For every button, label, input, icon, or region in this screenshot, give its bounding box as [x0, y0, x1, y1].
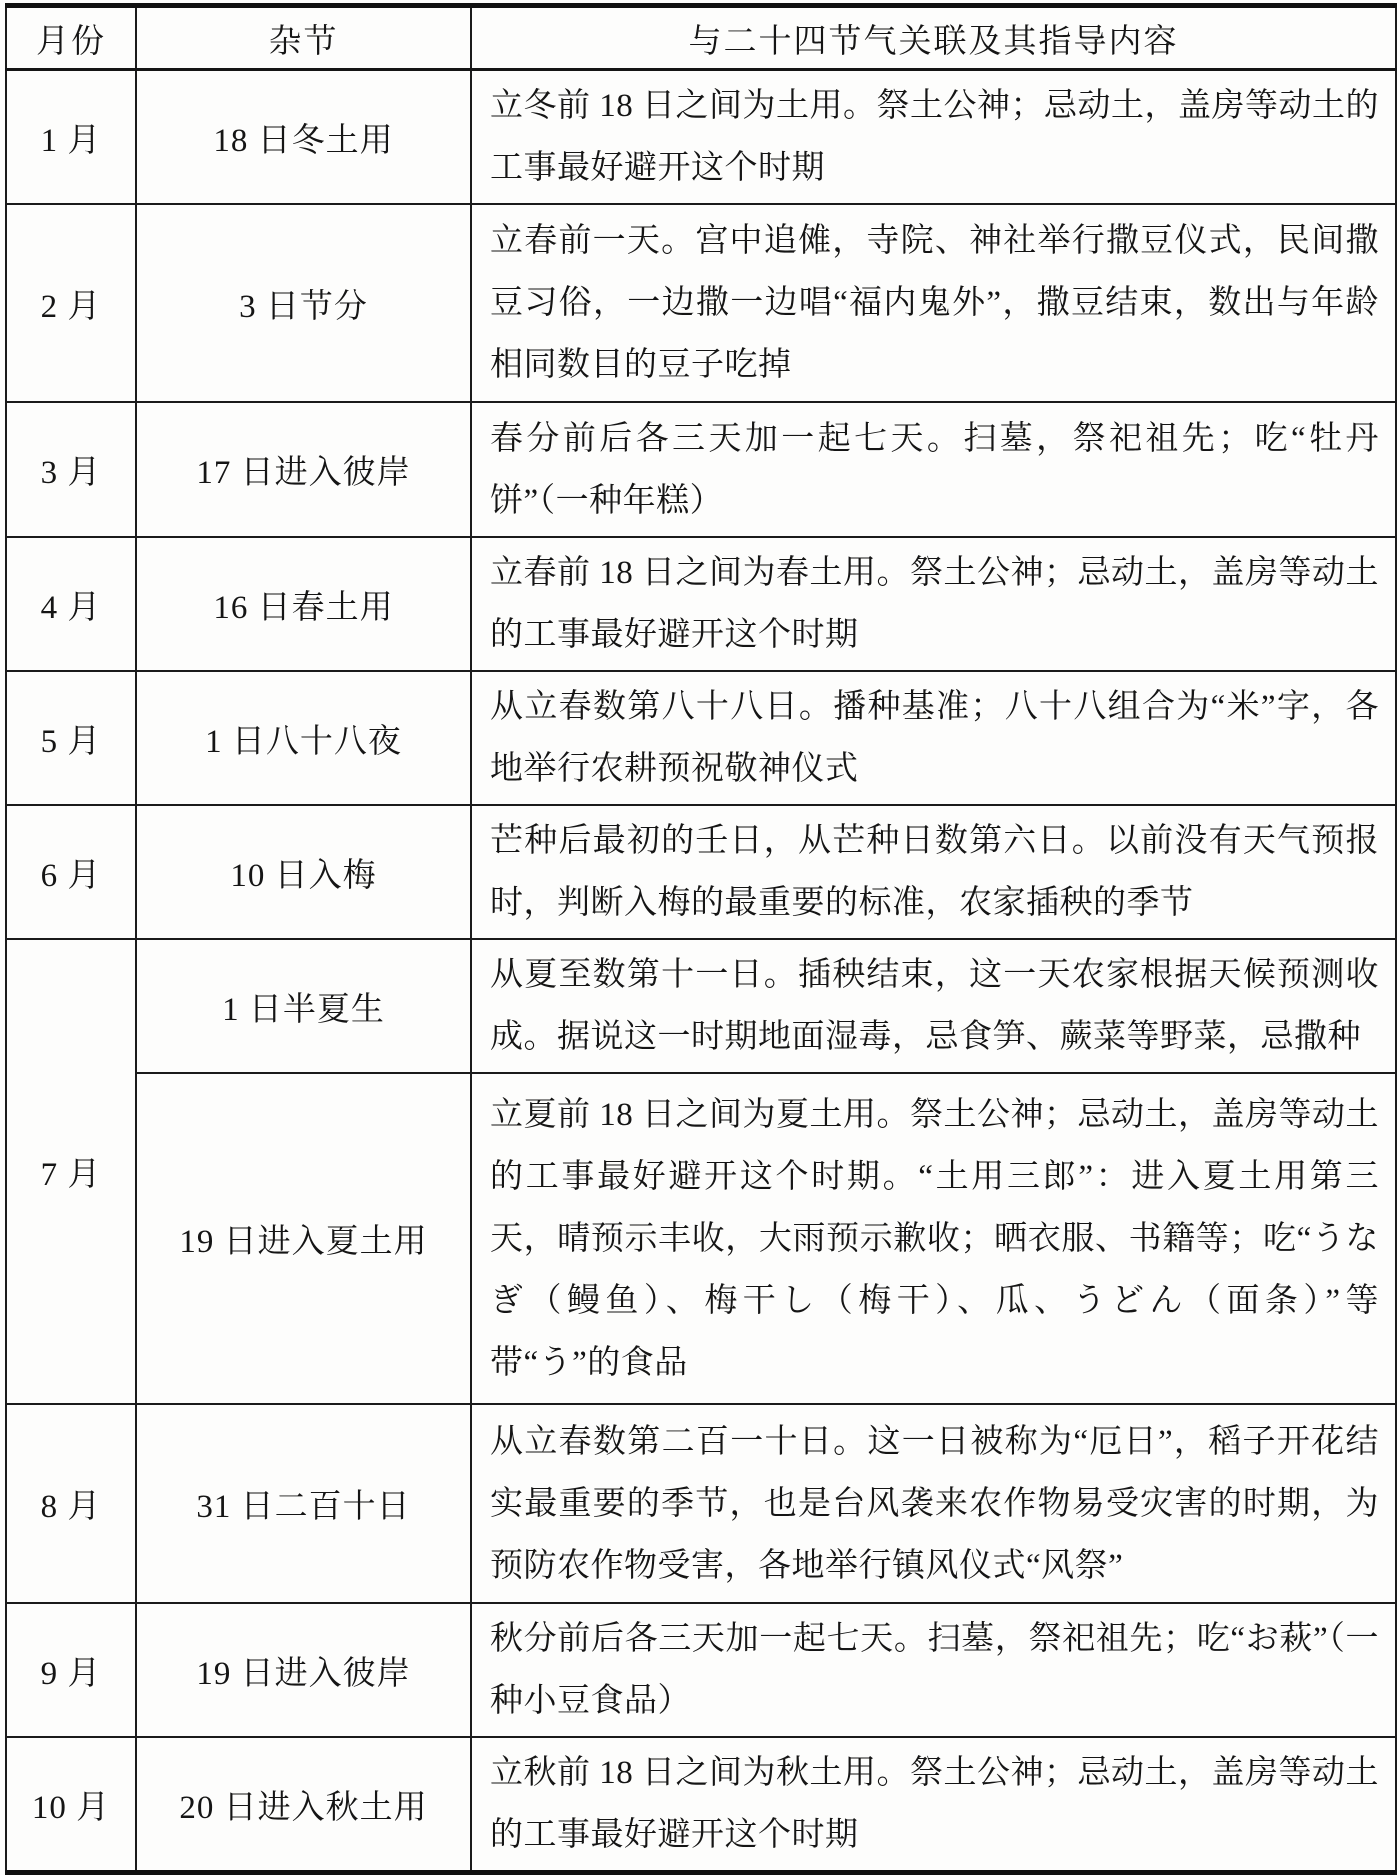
- content-cell: 秋分前后各三天加一起七天。扫墓，祭祀祖先；吃“お萩”（一种小豆食品）: [471, 1603, 1396, 1737]
- festival-cell: 1 日八十八夜: [136, 671, 471, 805]
- content-cell: 芒种后最初的壬日，从芒种日数第六日。以前没有天气预报时，判断入梅的最重要的标准，…: [471, 805, 1396, 939]
- table-row: 3 月 17 日进入彼岸 春分前后各三天加一起七天。扫墓，祭祀祖先；吃“牡丹饼”…: [6, 402, 1396, 537]
- header-festival: 杂节: [136, 6, 471, 70]
- content-cell: 从立春数第八十八日。播种基准；八十八组合为“米”字，各地举行农耕预祝敬神仪式: [471, 671, 1396, 805]
- festival-cell: 20 日进入秋土用: [136, 1737, 471, 1873]
- table-row: 7 月 1 日半夏生 从夏至数第十一日。插秧结束，这一天农家根据天候预测收成。据…: [6, 939, 1396, 1073]
- content-cell: 从立春数第二百一十日。这一日被称为“厄日”，稻子开花结实最重要的季节，也是台风袭…: [471, 1404, 1396, 1603]
- content-cell: 立春前一天。宫中追傩，寺院、神社举行撒豆仪式，民间撒豆习俗，一边撒一边唱“福内鬼…: [471, 204, 1396, 402]
- festival-cell: 1 日半夏生: [136, 939, 471, 1073]
- month-cell: 4 月: [6, 537, 136, 671]
- festival-cell: 10 日入梅: [136, 805, 471, 939]
- content-cell: 立冬前 18 日之间为土用。祭土公神；忌动土，盖房等动土的工事最好避开这个时期: [471, 70, 1396, 205]
- festival-cell: 18 日冬土用: [136, 70, 471, 205]
- table-row: 6 月 10 日入梅 芒种后最初的壬日，从芒种日数第六日。以前没有天气预报时，判…: [6, 805, 1396, 939]
- table-row: 10 月 20 日进入秋土用 立秋前 18 日之间为秋土用。祭土公神；忌动土，盖…: [6, 1737, 1396, 1873]
- month-cell: 10 月: [6, 1737, 136, 1873]
- month-cell: 9 月: [6, 1603, 136, 1737]
- festival-cell: 31 日二百十日: [136, 1404, 471, 1603]
- festival-cell: 16 日春土用: [136, 537, 471, 671]
- table-header-row: 月份 杂节 与二十四节气关联及其指导内容: [6, 6, 1396, 70]
- content-cell: 立夏前 18 日之间为夏土用。祭土公神；忌动土，盖房等动土的工事最好避开这个时期…: [471, 1073, 1396, 1404]
- content-cell: 立春前 18 日之间为春土用。祭土公神；忌动土，盖房等动土的工事最好避开这个时期: [471, 537, 1396, 671]
- content-cell: 春分前后各三天加一起七天。扫墓，祭祀祖先；吃“牡丹饼”（一种年糕）: [471, 402, 1396, 537]
- seasonal-festivals-table: 月份 杂节 与二十四节气关联及其指导内容 1 月 18 日冬土用 立冬前 18 …: [5, 3, 1397, 1875]
- table-row: 8 月 31 日二百十日 从立春数第二百一十日。这一日被称为“厄日”，稻子开花结…: [6, 1404, 1396, 1603]
- month-cell: 6 月: [6, 805, 136, 939]
- content-cell: 从夏至数第十一日。插秧结束，这一天农家根据天候预测收成。据说这一时期地面湿毒，忌…: [471, 939, 1396, 1073]
- month-cell: 8 月: [6, 1404, 136, 1603]
- table-row: 1 月 18 日冬土用 立冬前 18 日之间为土用。祭土公神；忌动土，盖房等动土…: [6, 70, 1396, 205]
- table-row: 2 月 3 日节分 立春前一天。宫中追傩，寺院、神社举行撒豆仪式，民间撒豆习俗，…: [6, 204, 1396, 402]
- table-row: 19 日进入夏土用 立夏前 18 日之间为夏土用。祭土公神；忌动土，盖房等动土的…: [6, 1073, 1396, 1404]
- table-row: 4 月 16 日春土用 立春前 18 日之间为春土用。祭土公神；忌动土，盖房等动…: [6, 537, 1396, 671]
- festival-cell: 19 日进入夏土用: [136, 1073, 471, 1404]
- festival-cell: 17 日进入彼岸: [136, 402, 471, 537]
- festival-cell: 3 日节分: [136, 204, 471, 402]
- table-row: 9 月 19 日进入彼岸 秋分前后各三天加一起七天。扫墓，祭祀祖先；吃“お萩”（…: [6, 1603, 1396, 1737]
- month-cell: 3 月: [6, 402, 136, 537]
- header-content: 与二十四节气关联及其指导内容: [471, 6, 1396, 70]
- festival-cell: 19 日进入彼岸: [136, 1603, 471, 1737]
- month-cell: 2 月: [6, 204, 136, 402]
- month-cell: 5 月: [6, 671, 136, 805]
- month-cell: 1 月: [6, 70, 136, 205]
- content-cell: 立秋前 18 日之间为秋土用。祭土公神；忌动土，盖房等动土的工事最好避开这个时期: [471, 1737, 1396, 1873]
- table-row: 5 月 1 日八十八夜 从立春数第八十八日。播种基准；八十八组合为“米”字，各地…: [6, 671, 1396, 805]
- month-cell-merged: 7 月: [6, 939, 136, 1404]
- header-month: 月份: [6, 6, 136, 70]
